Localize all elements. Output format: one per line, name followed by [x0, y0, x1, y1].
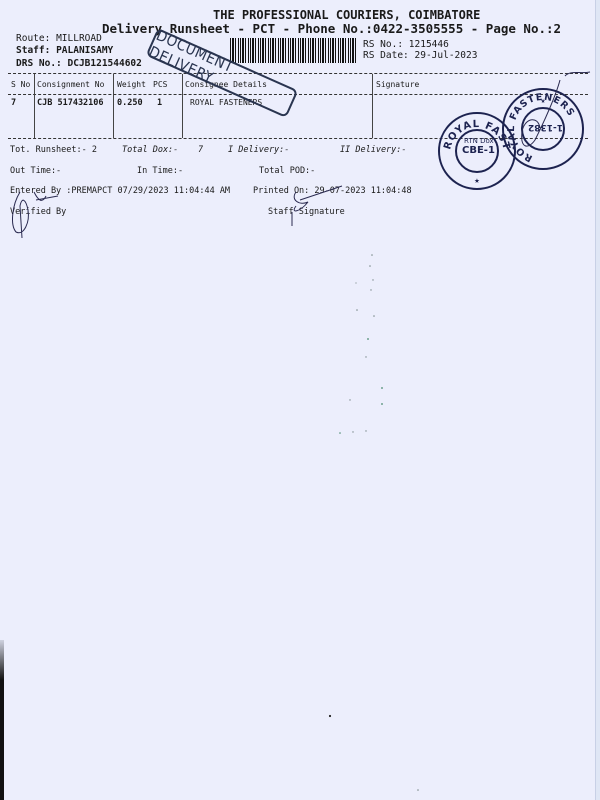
total-dox-value: 7 — [198, 145, 203, 155]
seal-left-center: CBE-1 — [462, 145, 495, 156]
printed-on: Printed On: 29-07-2023 11:04:48 — [253, 186, 412, 196]
staff-label: Staff: — [16, 45, 50, 56]
staff-signature: Staff Signature — [268, 207, 345, 217]
col-divider — [34, 74, 35, 138]
ii-delivery-label: II Delivery:- — [340, 145, 407, 155]
barcode — [230, 38, 356, 63]
cell-consignment-no: CJB 517432106 — [37, 98, 104, 108]
cell-sno: 7 — [11, 98, 16, 108]
cell-weight: 0.250 — [117, 98, 143, 108]
route-line: Route: MILLROAD — [16, 33, 102, 44]
entered-by: Entered By :PREMAPCT 07/29/2023 11:04:44… — [10, 186, 230, 196]
rs-no-line: RS No.: 1215446 — [363, 39, 449, 50]
total-pod-label: Total POD:- — [259, 166, 315, 176]
scan-edge — [595, 0, 600, 800]
tot-runsheet-label: Tot. Runsheet:- — [10, 145, 87, 155]
total-dox-label: Total Dox:- — [122, 145, 178, 155]
i-delivery-label: I Delivery:- — [228, 145, 289, 155]
col-header-signature: Signature — [376, 80, 419, 89]
verified-by: Verified By — [10, 207, 66, 217]
col-header-pcs: PCS — [153, 80, 167, 89]
route-value: MILLROAD — [56, 33, 102, 44]
table-header-rule — [8, 94, 588, 95]
col-divider — [372, 74, 373, 138]
runsheet-page: THE PROFESSIONAL COURIERS, COIMBATORE De… — [0, 0, 600, 800]
drs-label: DRS No.: — [16, 58, 62, 69]
drs-value: DCJB121544602 — [68, 58, 142, 69]
rs-no-value: 1215446 — [409, 39, 449, 50]
rs-date-line: RS Date: 29-Jul-2023 — [363, 50, 477, 61]
route-label: Route: — [16, 33, 50, 44]
seal-left-center-top: RTN Dox — [464, 137, 494, 145]
seal-right: ROYAL FASTENERS ★ 1-1382 — [502, 88, 584, 170]
rs-no-label: RS No.: — [363, 39, 403, 50]
drs-line: DRS No.: DCJB121544602 — [16, 58, 142, 69]
col-header-weight: Weight — [117, 80, 146, 89]
svg-text:★: ★ — [541, 96, 546, 105]
scan-shadow — [0, 640, 4, 800]
rs-date-value: 29-Jul-2023 — [415, 50, 478, 61]
col-divider — [113, 74, 114, 138]
col-divider — [182, 74, 183, 138]
tot-runsheet-value: 2 — [92, 145, 97, 155]
rs-date-label: RS Date: — [363, 50, 409, 61]
svg-text:★: ★ — [474, 176, 480, 186]
col-header-sno: S No — [11, 80, 30, 89]
cell-pcs: 1 — [157, 98, 162, 108]
table-top-rule — [8, 73, 588, 74]
in-time-label: In Time:- — [137, 166, 183, 176]
company-title: THE PROFESSIONAL COURIERS, COIMBATORE — [213, 8, 480, 22]
out-time-label: Out Time:- — [10, 166, 61, 176]
staff-line: Staff: PALANISAMY — [16, 45, 113, 56]
staff-value: PALANISAMY — [56, 45, 113, 56]
col-header-consignment: Consignment No — [37, 80, 104, 89]
tot-runsheet: Tot. Runsheet:- 2 — [10, 145, 97, 155]
seal-right-center: 1-1382 — [528, 122, 563, 132]
